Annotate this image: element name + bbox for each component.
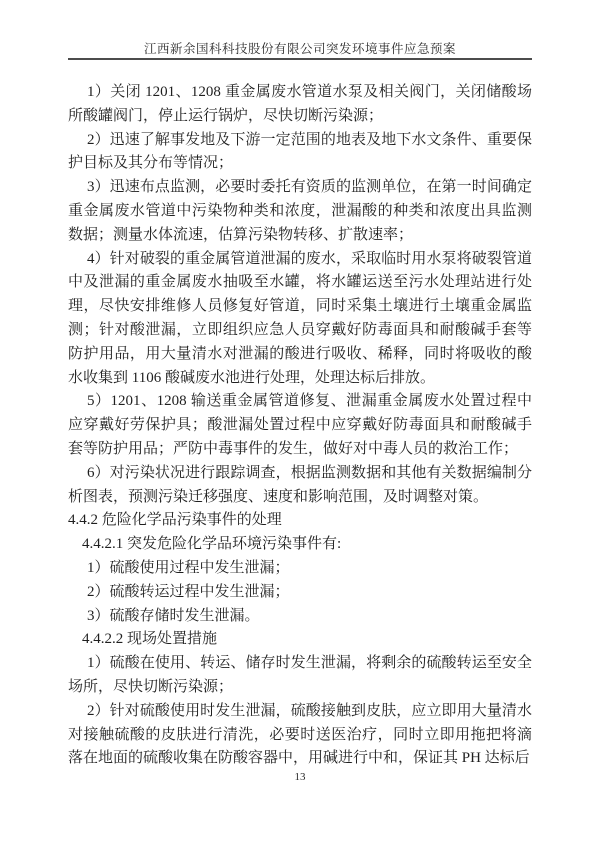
page-header-title: 江西新余国科科技股份有限公司突发环境事件应急预案 (0, 39, 600, 57)
paragraph: 4.4.2.1 突发危险化学品环境污染事件有: (68, 533, 532, 557)
page-number: 13 (295, 771, 306, 783)
paragraph: 5）1201、1208 输送重金属管道修复、泄漏重金属废水处置过程中应穿戴好劳保… (68, 390, 532, 461)
paragraph: 4）针对破裂的重金属管道泄漏的废水，采取临时用水泵将破裂管道中及泄漏的重金属废水… (68, 248, 532, 391)
paragraph: 2）迅速了解事发地及下游一定范围的地表及地下水文条件、重要保护目标及其分布等情况… (68, 129, 532, 177)
page-footer: 13 (0, 771, 600, 783)
paragraph: 2）硫酸转运过程中发生泄漏； (68, 581, 532, 605)
paragraph: 6）对污染状况进行跟踪调查，根据监测数据和其他有关数据编制分析图表，预测污染迁移… (68, 462, 532, 510)
paragraph: 3）硫酸存储时发生泄漏。 (68, 605, 532, 629)
paragraph: 1）硫酸使用过程中发生泄漏； (68, 557, 532, 581)
paragraph: 4.4.2.2 现场处置措施 (68, 628, 532, 652)
paragraph: 3）迅速布点监测，必要时委托有资质的监测单位，在第一时间确定重金属废水管道中污染… (68, 176, 532, 247)
header-rule-divider (68, 58, 532, 60)
paragraph: 1）关闭 1201、1208 重金属废水管道水泵及相关阀门，关闭储酸场所酸罐阀门… (68, 81, 532, 129)
paragraph: 1）硫酸在使用、转运、储存时发生泄漏，将剩余的硫酸转运至安全场所，尽快切断污染源… (68, 652, 532, 700)
document-page: 江西新余国科科技股份有限公司突发环境事件应急预案 1）关闭 1201、1208 … (0, 0, 600, 848)
document-body: 1）关闭 1201、1208 重金属废水管道水泵及相关阀门，关闭储酸场所酸罐阀门… (68, 81, 532, 771)
paragraph: 2）针对硫酸使用时发生泄漏，硫酸接触到皮肤，应立即用大量清水对接触硫酸的皮肤进行… (68, 700, 532, 771)
section-heading: 4.4.2 危险化学品污染事件的处理 (68, 509, 532, 533)
